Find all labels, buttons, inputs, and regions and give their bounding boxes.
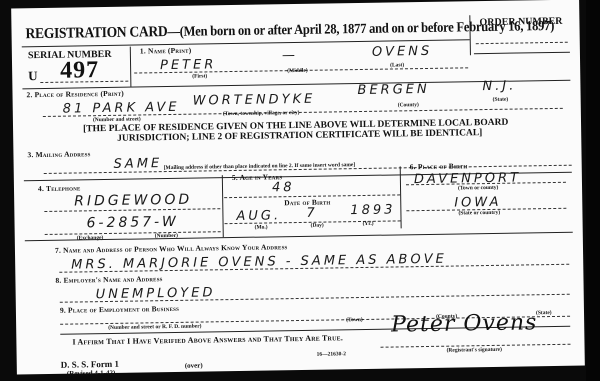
affirmation-text: I Affirm That I Have Verified Above Answ… bbox=[72, 333, 343, 346]
over-note: (over) bbox=[185, 362, 203, 370]
year-caption: (Yr.) bbox=[363, 221, 374, 227]
residence-label: 2. Place of Residence (Print) bbox=[26, 89, 124, 100]
mailing-label: 3. Mailing Address bbox=[27, 149, 90, 159]
first-caption: (First) bbox=[192, 73, 207, 79]
telephone-label: 4. Telephone bbox=[38, 183, 81, 193]
order-number-label: ORDER NUMBER bbox=[479, 16, 562, 28]
employment-town-caption: (Town) bbox=[346, 317, 363, 323]
scan-edge bbox=[586, 0, 600, 381]
title-text: REGISTRATION CARD bbox=[25, 24, 167, 42]
month-caption: (Mo.) bbox=[255, 224, 268, 230]
registrant-signature: Peter Ovens bbox=[391, 310, 538, 337]
birthplace-state-caption: (State or country) bbox=[458, 210, 500, 217]
middle-name: — bbox=[282, 48, 298, 63]
birthplace-town-caption: (Town or county) bbox=[458, 185, 498, 192]
employment-place-label: 9. Place of Employment or Business bbox=[60, 304, 179, 315]
day-caption: (Day) bbox=[311, 223, 324, 229]
serial-divider bbox=[130, 47, 132, 87]
middle-caption: (Middle) bbox=[287, 68, 308, 74]
telephone-exchange: RIDGEWOOD bbox=[74, 192, 192, 210]
telephone-divider bbox=[222, 175, 224, 237]
form-revision: (Revised 4-1-42) bbox=[67, 369, 116, 378]
employer-label: 8. Employer's Name and Address bbox=[55, 274, 162, 285]
telephone-number-field bbox=[45, 231, 221, 235]
mailing-value: SAME bbox=[114, 156, 163, 172]
age-value: 48 bbox=[272, 180, 295, 195]
signature-caption: (Registrant's signature) bbox=[447, 347, 502, 354]
residence-county: BERGEN bbox=[357, 82, 429, 98]
street-caption: (Number and street) bbox=[93, 116, 141, 123]
name-label: 1. Name (Print) bbox=[140, 46, 192, 56]
county-caption: (County) bbox=[398, 102, 419, 108]
card-title: REGISTRATION CARD—(Men born on or after … bbox=[25, 18, 554, 43]
contact-label: 7. Name and Address of Person Who Will A… bbox=[55, 242, 288, 255]
residence-state: N.J. bbox=[482, 79, 516, 95]
registration-card: REGISTRATION CARD—(Men born on or after … bbox=[11, 0, 585, 374]
telephone-number: 6-2857-W bbox=[86, 214, 178, 231]
employment-state-caption: (State) bbox=[536, 310, 552, 316]
dob-divider bbox=[400, 166, 402, 228]
telephone-exchange-field bbox=[44, 208, 220, 212]
order-rule bbox=[474, 52, 570, 55]
employment-street-caption: (Number and street or R. F. D. number) bbox=[108, 324, 201, 331]
town-caption: (Town, township, village, or city) bbox=[223, 110, 300, 117]
last-name: OVENS bbox=[372, 44, 433, 60]
dob-day: 7 bbox=[306, 206, 318, 221]
state-caption: (State) bbox=[493, 97, 509, 103]
order-number-field bbox=[476, 42, 568, 44]
residence-town: WORTENDYKE bbox=[193, 92, 316, 109]
last-caption: (Last) bbox=[390, 62, 404, 68]
dob-year: 1893 bbox=[350, 202, 395, 218]
serial-prefix: U bbox=[28, 68, 38, 84]
birthplace-label: 6. Place of Birth bbox=[410, 161, 468, 171]
print-code: 16—21630-2 bbox=[317, 351, 346, 357]
